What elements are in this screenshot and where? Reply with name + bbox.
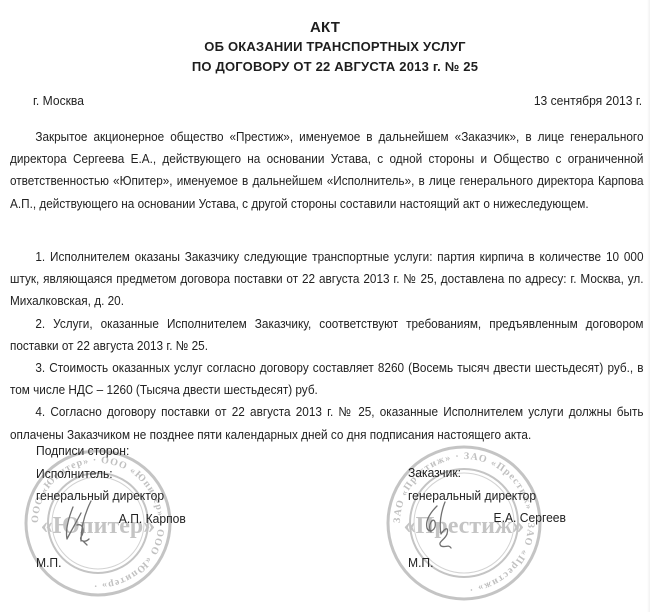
intro-section: Закрытое акционерное общество «Престиж»,… (10, 126, 644, 215)
customer-signature-block: Заказчик: генеральный директор Е.А. Серг… (408, 462, 566, 574)
document-subtitle-line1: ОБ ОКАЗАНИИ ТРАНСПОРТНЫХ УСЛУГ (0, 37, 650, 57)
document-title: АКТ (0, 18, 650, 37)
executor-seal-label: М.П. (36, 552, 186, 575)
customer-seal-label: М.П. (408, 552, 566, 575)
place-date-row: г. Москва 13 сентября 2013 г. (33, 92, 642, 109)
intro-paragraph: Закрытое акционерное общество «Престиж»,… (10, 126, 644, 215)
document-header: АКТ ОБ ОКАЗАНИИ ТРАНСПОРТНЫХ УСЛУГ ПО ДО… (0, 18, 650, 77)
item-paragraph: 3. Стоимость оказанных услуг согласно до… (10, 357, 644, 401)
item-paragraph: 1. Исполнителем оказаны Заказчику следую… (10, 246, 644, 313)
executor-name: А.П. Карпов (36, 508, 186, 531)
document-subtitle-line2: ПО ДОГОВОРУ ОТ 22 АВГУСТА 2013 г. № 25 (0, 57, 650, 77)
executor-position: генеральный директор (36, 485, 186, 508)
customer-role: Заказчик: (408, 462, 566, 485)
customer-position: генеральный директор (408, 485, 566, 508)
act-document: АКТ ОБ ОКАЗАНИИ ТРАНСПОРТНЫХ УСЛУГ ПО ДО… (0, 0, 650, 612)
executor-role: Исполнитель: (36, 463, 186, 486)
item-paragraph: 2. Услуги, оказанные Исполнителем Заказч… (10, 313, 644, 357)
document-place: г. Москва (33, 92, 84, 109)
executor-signature-block: Подписи сторон: Исполнитель: генеральный… (36, 440, 186, 575)
items-section: 1. Исполнителем оказаны Заказчику следую… (10, 246, 644, 446)
signatures-heading: Подписи сторон: (36, 440, 186, 463)
document-date: 13 сентября 2013 г. (534, 92, 642, 109)
customer-name: Е.А. Сергеев (408, 507, 566, 530)
